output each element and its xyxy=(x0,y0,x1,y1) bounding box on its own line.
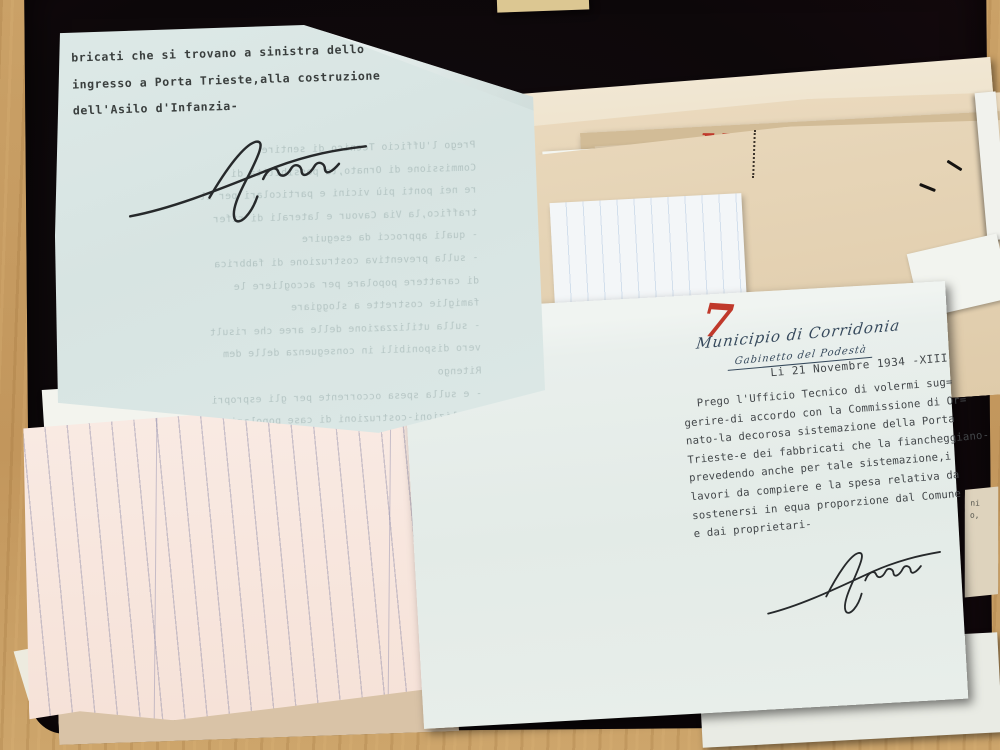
scrap-fragment-text: o, xyxy=(970,510,999,523)
podesta-signature xyxy=(108,130,388,235)
ledger-vertical-rule xyxy=(154,415,158,721)
podesta-signature xyxy=(745,539,964,629)
photo-scene: VI-2 ni o, 7 Municipio di Corridonia Gab… xyxy=(0,0,1000,750)
typed-paper-scrap: ni o, xyxy=(961,485,1000,598)
typed-paragraph: bricati che si trovano a sinistra dello … xyxy=(71,35,382,124)
ledger-vertical-rule xyxy=(387,407,391,713)
pink-lined-paper xyxy=(19,405,453,726)
left-letter-typed-page: Prego l'Ufficio Tecnico di sentire Commi… xyxy=(50,22,548,450)
letter-body: Li 21 Novembre 1934 -XIII Prego l'Uffici… xyxy=(680,351,961,544)
scrap-fragment-text: ni xyxy=(970,498,999,511)
